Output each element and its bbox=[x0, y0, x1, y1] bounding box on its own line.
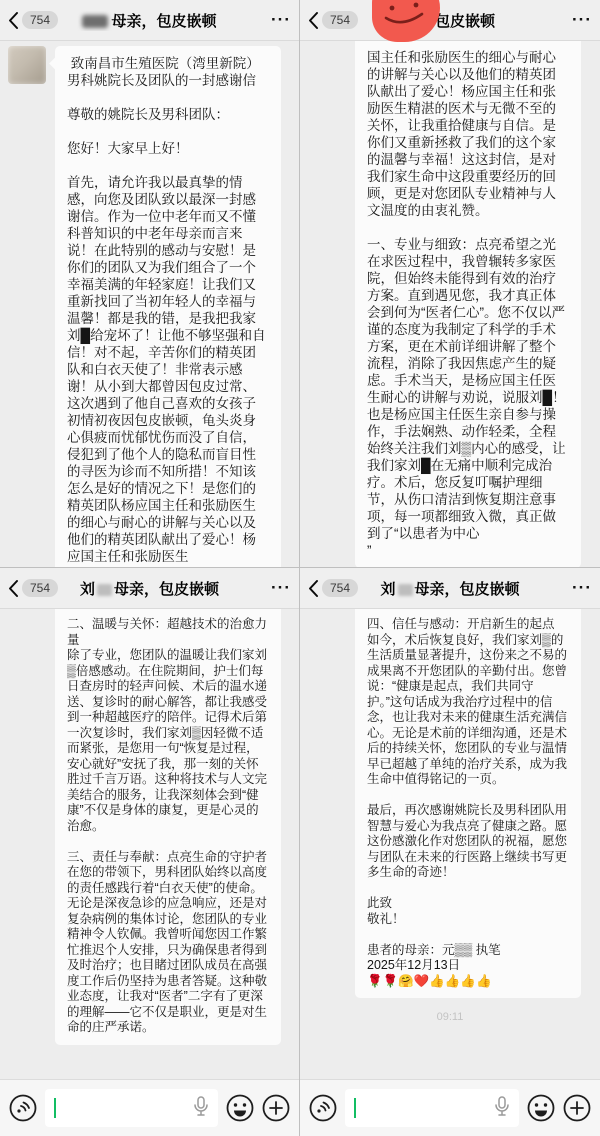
chat-screen-1: 754 母亲，包皮嵌顿 ··· 致南昌市生殖医院（湾里新院） 男科姚院长及团队的… bbox=[0, 0, 300, 568]
redacted-name bbox=[97, 584, 112, 596]
back-icon[interactable] bbox=[8, 11, 19, 30]
chat-title: 刘母亲，包皮嵌顿 bbox=[330, 578, 570, 599]
voice-input-icon[interactable] bbox=[309, 1094, 337, 1122]
chat-screen-3: 754 刘母亲，包皮嵌顿 ··· 二、温暖与关怀：超越技术的治愈力量 除了专业，… bbox=[0, 568, 300, 1136]
mic-icon[interactable] bbox=[494, 1096, 510, 1121]
chat-title-text: 母亲，包皮嵌顿 bbox=[111, 13, 216, 30]
unread-count-badge: 754 bbox=[22, 11, 58, 29]
input-bar bbox=[0, 1079, 299, 1136]
text-caret bbox=[54, 1098, 56, 1118]
chat-area: 国主任和张励医生的细心与耐心的讲解与关心以及他们的精英团队献出了爱心！杨应国主任… bbox=[300, 40, 600, 567]
message-input[interactable] bbox=[345, 1089, 519, 1127]
voice-input-icon[interactable] bbox=[9, 1094, 37, 1122]
emoji-icon[interactable] bbox=[527, 1094, 555, 1122]
redacted-name bbox=[82, 15, 108, 28]
message-text: 国主任和张励医生的细心与耐心的讲解与关心以及他们的精英团队献出了爱心！杨应国主任… bbox=[367, 49, 569, 559]
message-row: 致南昌市生殖医院（湾里新院） 男科姚院长及团队的一封感谢信 尊敬的姚院长及男科团… bbox=[0, 40, 299, 567]
text-caret bbox=[354, 1098, 356, 1118]
chat-screen-4: 754 刘母亲，包皮嵌顿 ··· 四、信任与感动：开启新生的起点 如今，术后恢复… bbox=[300, 568, 600, 1136]
screenshot-collage: 754 母亲，包皮嵌顿 ··· 致南昌市生殖医院（湾里新院） 男科姚院长及团队的… bbox=[0, 0, 600, 1136]
plus-icon[interactable] bbox=[262, 1094, 290, 1122]
message-bubble[interactable]: 二、温暖与关怀：超越技术的治愈力量 除了专业，您团队的温暖让我们家刘▒倍感感动。… bbox=[55, 608, 281, 1045]
more-menu-icon[interactable]: ··· bbox=[271, 10, 291, 30]
message-text: 二、温暖与关怀：超越技术的治愈力量 除了专业，您团队的温暖让我们家刘▒倍感感动。… bbox=[67, 617, 269, 1036]
back-icon[interactable] bbox=[308, 579, 319, 598]
timestamp: 09:11 bbox=[300, 1011, 600, 1023]
message-bubble[interactable]: 致南昌市生殖医院（湾里新院） 男科姚院长及团队的一封感谢信 尊敬的姚院长及男科团… bbox=[55, 46, 281, 567]
chat-title-prefix: 刘 bbox=[380, 581, 395, 598]
chat-area: 二、温暖与关怀：超越技术的治愈力量 除了专业，您团队的温暖让我们家刘▒倍感感动。… bbox=[0, 608, 299, 1080]
message-input[interactable] bbox=[45, 1089, 218, 1127]
chat-header: 754 刘母亲，包皮嵌顿 ··· bbox=[300, 568, 600, 609]
unread-count-badge: 754 bbox=[322, 11, 358, 29]
message-text: 四、信任与感动：开启新生的起点 如今，术后恢复良好，我们家刘▒的生活质量显著提升… bbox=[367, 617, 569, 989]
more-menu-icon[interactable]: ··· bbox=[572, 10, 592, 30]
chat-title: 刘母亲，包皮嵌顿 bbox=[30, 578, 269, 599]
chat-screen-2: 754 亲，包皮嵌顿 ··· 国主任和张励医生的细心与耐心的讲解与关心以及他们的… bbox=[300, 0, 600, 568]
message-bubble[interactable]: 四、信任与感动：开启新生的起点 如今，术后恢复良好，我们家刘▒的生活质量显著提升… bbox=[355, 608, 581, 998]
message-row: 国主任和张励医生的细心与耐心的讲解与关心以及他们的精英团队献出了爱心！杨应国主任… bbox=[300, 40, 600, 567]
more-menu-icon[interactable]: ··· bbox=[271, 578, 291, 598]
message-bubble[interactable]: 国主任和张励医生的细心与耐心的讲解与关心以及他们的精英团队献出了爱心！杨应国主任… bbox=[355, 40, 581, 567]
back-icon[interactable] bbox=[8, 579, 19, 598]
chat-title-prefix: 刘 bbox=[80, 581, 95, 598]
message-row: 四、信任与感动：开启新生的起点 如今，术后恢复良好，我们家刘▒的生活质量显著提升… bbox=[300, 608, 600, 998]
plus-icon[interactable] bbox=[563, 1094, 591, 1122]
chat-title-text: 母亲，包皮嵌顿 bbox=[114, 581, 219, 598]
chat-title: 亲，包皮嵌顿 bbox=[330, 10, 570, 31]
message-row: 二、温暖与关怀：超越技术的治愈力量 除了专业，您团队的温暖让我们家刘▒倍感感动。… bbox=[0, 608, 299, 1045]
chat-header: 754 母亲，包皮嵌顿 ··· bbox=[0, 0, 299, 41]
avatar[interactable] bbox=[8, 46, 46, 84]
emoji-icon[interactable] bbox=[226, 1094, 254, 1122]
redacted-name bbox=[398, 584, 413, 596]
chat-header: 754 亲，包皮嵌顿 ··· bbox=[300, 0, 600, 41]
bubble-tail bbox=[49, 57, 62, 70]
mic-icon[interactable] bbox=[193, 1096, 209, 1121]
input-bar bbox=[300, 1079, 600, 1136]
message-text: 致南昌市生殖医院（湾里新院） 男科姚院长及团队的一封感谢信 尊敬的姚院长及男科团… bbox=[67, 55, 269, 565]
back-icon[interactable] bbox=[308, 11, 319, 30]
chat-title-text: 母亲，包皮嵌顿 bbox=[415, 581, 520, 598]
unread-count-badge: 754 bbox=[22, 579, 58, 597]
chat-title: 母亲，包皮嵌顿 bbox=[30, 10, 269, 31]
chat-header: 754 刘母亲，包皮嵌顿 ··· bbox=[0, 568, 299, 609]
unread-count-badge: 754 bbox=[322, 579, 358, 597]
more-menu-icon[interactable]: ··· bbox=[572, 578, 592, 598]
chat-area: 四、信任与感动：开启新生的起点 如今，术后恢复良好，我们家刘▒的生活质量显著提升… bbox=[300, 608, 600, 1080]
chat-area: 致南昌市生殖医院（湾里新院） 男科姚院长及团队的一封感谢信 尊敬的姚院长及男科团… bbox=[0, 40, 299, 567]
